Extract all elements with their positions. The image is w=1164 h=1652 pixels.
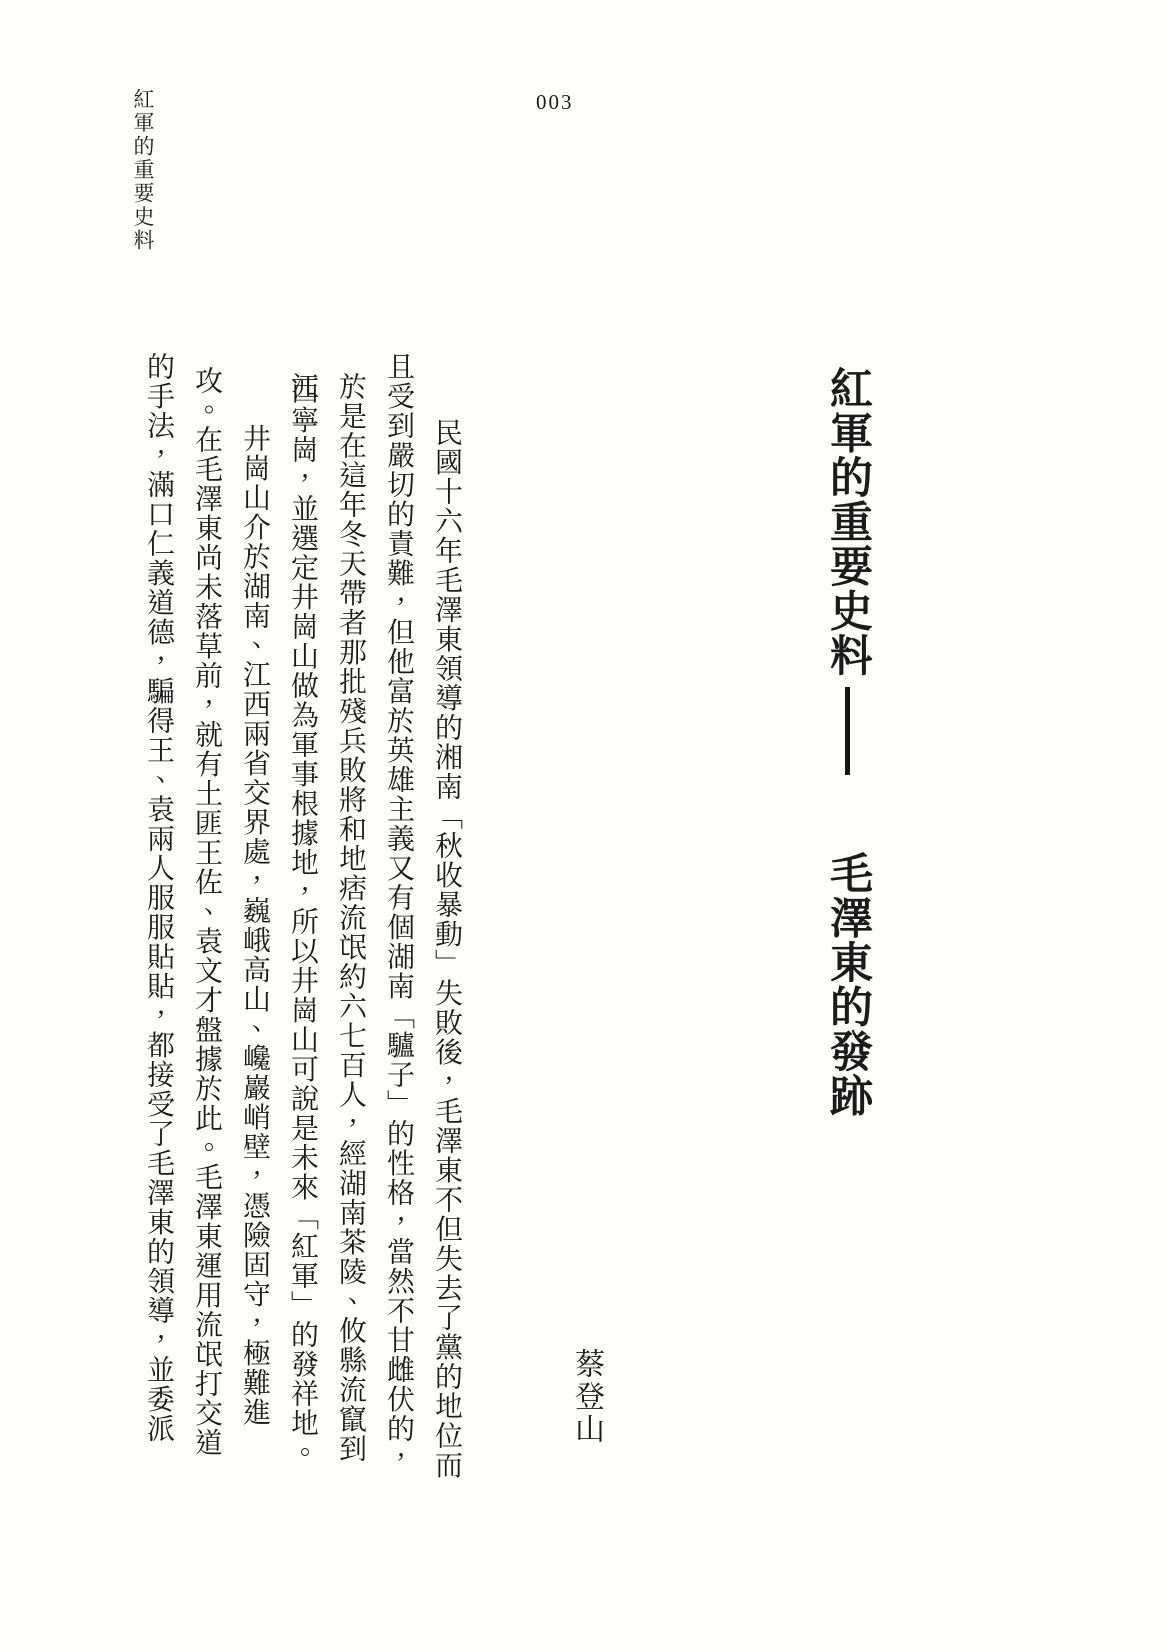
book-page: 003 紅軍的重要史料 紅軍的重要史料毛澤東的發跡 蔡登山 民國十六年毛澤東領導… <box>0 0 1164 1652</box>
article-title: 紅軍的重要史料毛澤東的發跡 <box>818 366 876 1526</box>
body-column: 攻。在毛澤東尚未落草前，就有土匪王佐、袁文才盤據於此。毛澤東運用流氓打交道 <box>182 350 230 1480</box>
title-dash <box>845 687 850 775</box>
body-column: 的手法，滿口仁義道德，騙得王、袁兩人服服貼貼，都接受了毛澤東的領導，並委派 <box>134 350 182 1480</box>
author-name: 蔡登山 <box>564 1348 608 1446</box>
body-column: 且受到嚴切的責難，但他富於英雄主義又有個湖南「驢子」的性格，當然不甘雌伏的， <box>374 350 422 1480</box>
body-text: 民國十六年毛澤東領導的湘南「秋收暴動」失敗後，毛澤東不但失去了黨的地位而 且受到… <box>134 350 470 1480</box>
article-title-part2: 毛澤東的發跡 <box>824 851 871 1118</box>
body-column: 西寧崗，並選定井崗山做為軍事根據地，所以井崗山可說是未來「紅軍」的發祥地。 <box>278 350 326 1480</box>
body-column: 民國十六年毛澤東領導的湘南「秋收暴動」失敗後，毛澤東不但失去了黨的地位而 <box>422 350 470 1480</box>
body-column: 於是在這年冬天帶者那批殘兵敗將和地痞流氓約六七百人，經湖南茶陵、攸縣流竄到江 <box>326 350 374 1480</box>
body-column: 井崗山介於湖南、江西兩省交界處，巍峨高山、巉巖峭壁，憑險固守，極難進 <box>230 350 278 1480</box>
page-number: 003 <box>536 90 574 115</box>
article-title-part1: 紅軍的重要史料 <box>824 366 871 678</box>
